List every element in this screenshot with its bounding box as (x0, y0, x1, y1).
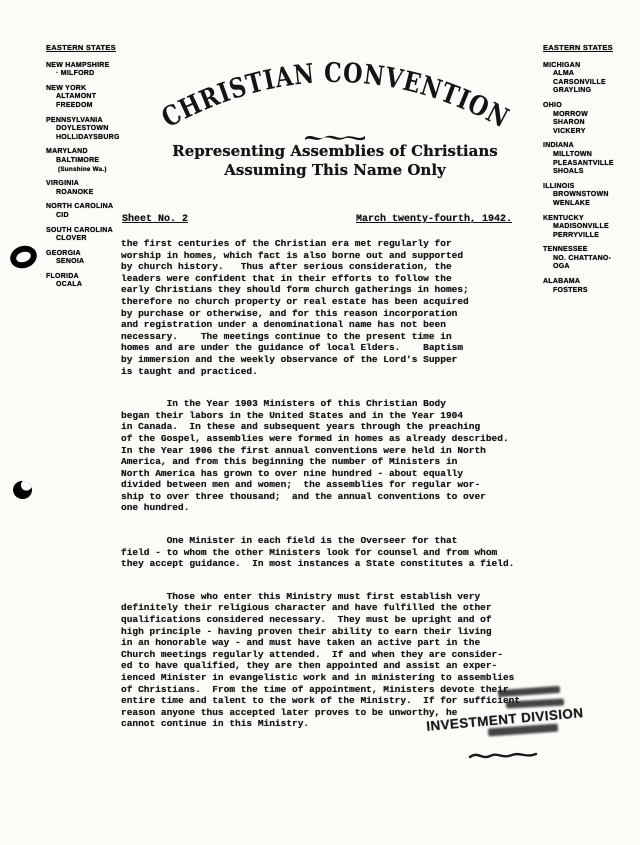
state-name: NEW HAMPSHIRE (46, 62, 158, 71)
state-name: VIRGINIA (46, 180, 158, 189)
state-name: INDIANA (543, 142, 638, 151)
masthead-subtitle-line1: Representing Assemblies of Christians (158, 142, 512, 161)
state-name: OHIO (543, 102, 638, 111)
place-name: BALTIMORE (46, 157, 158, 166)
state-group-new-hampshire: NEW HAMPSHIRE · MILFORD (46, 62, 158, 79)
flourish-ornament-icon (303, 132, 367, 142)
masthead-title: CHRISTIAN CONVENTIONS (160, 50, 510, 132)
place-name: SHOALS (543, 168, 638, 177)
place-name: FREEDOM (46, 102, 158, 111)
place-name: ALMA (543, 70, 638, 79)
document-body: the first centuries of the Christian era… (121, 238, 521, 751)
place-name: MORROW (543, 111, 638, 120)
right-states-column: EASTERN STATES MICHIGAN ALMA CARSONVILLE… (543, 44, 638, 301)
place-name: HOLLIDAYSBURG (46, 134, 158, 143)
state-group-new-york: NEW YORK ALTAMONT FREEDOM (46, 85, 158, 111)
sheet-header-row: Sheet No. 2 March twenty-fourth, 1942. (122, 214, 512, 225)
state-name: ALABAMA (543, 278, 638, 287)
place-name: BROWNSTOWN (543, 191, 638, 200)
state-group-pennsylvania: PENNSYLVANIA DOYLESTOWN HOLLIDAYSBURG (46, 117, 158, 143)
state-group-illinois: ILLINOIS BROWNSTOWN WENLAKE (543, 183, 638, 209)
place-name: MADISONVILLE (543, 223, 638, 232)
left-column-header: EASTERN STATES (46, 44, 158, 53)
scanned-document-page: EASTERN STATES NEW HAMPSHIRE · MILFORD N… (0, 0, 640, 845)
place-name: PERRYVILLE (543, 232, 638, 241)
state-name: MICHIGAN (543, 62, 638, 71)
state-group-indiana: INDIANA MILLTOWN PLEASANTVILLE SHOALS (543, 142, 638, 176)
place-name: SHARON (543, 119, 638, 128)
place-name: ALTAMONT (46, 93, 158, 102)
arched-title-graphic: CHRISTIAN CONVENTIONS (160, 50, 510, 132)
state-group-alabama: ALABAMA FOSTERS (543, 278, 638, 295)
state-group-michigan: MICHIGAN ALMA CARSONVILLE GRAYLING (543, 62, 638, 96)
place-name: MILLTOWN (543, 151, 638, 160)
stamp-signature-squiggle (468, 748, 538, 762)
state-name: KENTUCKY (543, 215, 638, 224)
hole-punch-mark (12, 479, 34, 500)
place-name: WENLAKE (543, 200, 638, 209)
place-name: FOSTERS (543, 287, 638, 296)
paragraph-3: One Minister in each field is the Overse… (121, 535, 521, 570)
place-name: DOYLESTOWN (46, 125, 158, 134)
paragraph-4: Those who enter this Ministry must first… (121, 591, 521, 730)
svg-text:CHRISTIAN CONVENTIONS: CHRISTIAN CONVENTIONS (160, 50, 510, 132)
state-group-kentucky: KENTUCKY MADISONVILLE PERRYVILLE (543, 215, 638, 241)
place-name: VICKERY (543, 128, 638, 137)
masthead-subtitle-line2: Assuming This Name Only (158, 161, 512, 180)
state-name: NORTH CAROLINA (46, 203, 158, 212)
paragraph-2: In the Year 1903 Ministers of this Chris… (121, 398, 521, 514)
state-name: SOUTH CAROLINA (46, 227, 158, 236)
state-name: MARYLAND (46, 148, 158, 157)
place-note: (Sunshine Wa.) (46, 166, 158, 175)
place-name: ROANOKE (46, 189, 158, 198)
place-name: GRAYLING (543, 87, 638, 96)
hole-punch-mark (7, 242, 39, 271)
state-group-maryland: MARYLAND BALTIMORE (Sunshine Wa.) (46, 148, 158, 174)
place-name: · MILFORD (46, 70, 158, 79)
state-group-ohio: OHIO MORROW SHARON VICKERY (543, 102, 638, 136)
masthead: CHRISTIAN CONVENTIONS Representing Assem… (158, 50, 512, 180)
paragraph-1: the first centuries of the Christian era… (121, 238, 521, 377)
state-group-tennessee: TENNESSEE NO. CHATTANO- OGA (543, 246, 638, 272)
state-group-virginia: VIRGINIA ROANOKE (46, 180, 158, 197)
state-name: TENNESSEE (543, 246, 638, 255)
sheet-date: March twenty-fourth, 1942. (356, 214, 512, 225)
right-column-header: EASTERN STATES (543, 44, 638, 53)
sheet-number: Sheet No. 2 (122, 214, 188, 225)
place-name: OGA (543, 263, 638, 272)
place-name: PLEASANTVILLE (543, 160, 638, 169)
state-name: PENNSYLVANIA (46, 117, 158, 126)
